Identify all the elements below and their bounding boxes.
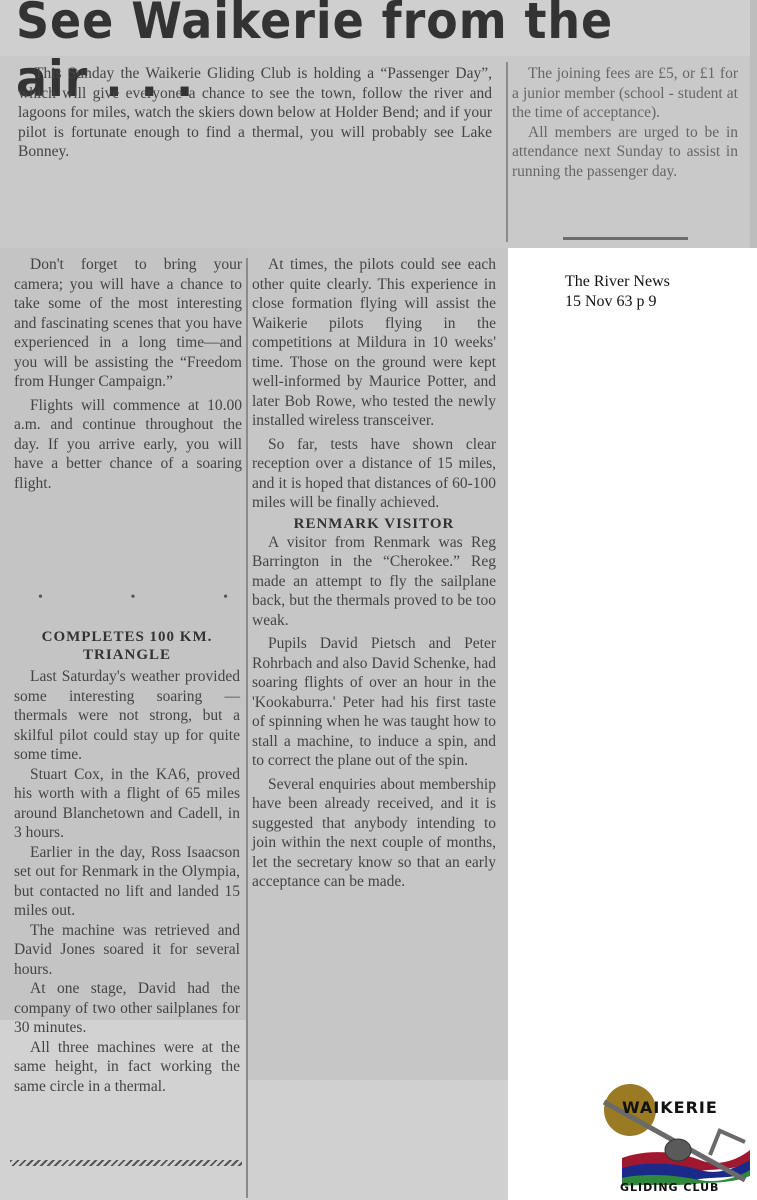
weather-paragraph: Last Saturday's weather provided some in… [14, 667, 240, 765]
renmark-subhead: RENMARK VISITOR [252, 515, 496, 533]
middle-column: At times, the pilots could see each othe… [252, 255, 496, 892]
section-rule [563, 237, 688, 240]
citation-panel [508, 248, 757, 1200]
clipping-lower-middle [248, 1080, 508, 1200]
stuart-cox-paragraph: Stuart Cox, in the KA6, proved his worth… [14, 765, 240, 843]
logo-title: WAIKERIE [622, 1098, 718, 1117]
column-divider [506, 62, 508, 242]
intro-paragraph: This Sunday the Waikerie Gliding Club is… [18, 64, 492, 162]
citation: The River News 15 Nov 63 p 9 [565, 272, 670, 312]
clipping-right-edge [750, 0, 757, 248]
formation-paragraph: At times, the pilots could see each othe… [252, 255, 496, 431]
headline-bar: See Waikerie from the air . . . [0, 0, 750, 56]
dot: • [223, 590, 228, 606]
citation-publication: The River News [565, 272, 670, 292]
retrieved-paragraph: The machine was retrieved and David Jone… [14, 921, 240, 980]
citation-date-page: 15 Nov 63 p 9 [565, 292, 670, 312]
renmark-paragraph: A visitor from Renmark was Reg Barringto… [252, 533, 496, 631]
enquiries-paragraph: Several enquiries about membership have … [252, 775, 496, 892]
same-height-paragraph: All three machines were at the same heig… [14, 1038, 240, 1097]
attendance-paragraph: All members are urged to be in attendanc… [512, 123, 738, 182]
triangle-article: COMPLETES 100 KM. TRIANGLE Last Saturday… [14, 628, 240, 1096]
reception-paragraph: So far, tests have shown clear reception… [252, 435, 496, 513]
separator-dots: • • • [38, 590, 228, 606]
left-column: Don't forget to bring your camera; you w… [14, 255, 242, 493]
fees-column: The joining fees are £5, or £1 for a jun… [512, 64, 738, 181]
company-paragraph: At one stage, David had the company of t… [14, 979, 240, 1038]
dot: • [38, 590, 43, 606]
fees-paragraph: The joining fees are £5, or £1 for a jun… [512, 64, 738, 123]
triangle-subhead: COMPLETES 100 KM. TRIANGLE [14, 628, 240, 664]
ross-isaacson-paragraph: Earlier in the day, Ross Isaacson set ou… [14, 843, 240, 921]
dot: • [131, 590, 136, 606]
pupils-paragraph: Pupils David Pietsch and Peter Rohrbach … [252, 634, 496, 771]
column-divider [246, 258, 248, 1198]
camera-paragraph: Don't forget to bring your camera; you w… [14, 255, 242, 392]
flights-paragraph: Flights will commence at 10.00 a.m. and … [14, 396, 242, 494]
logo-subtitle: GLIDING CLUB [620, 1181, 719, 1194]
intro-column: This Sunday the Waikerie Gliding Club is… [18, 64, 492, 162]
waikerie-gliding-club-logo: WAIKERIE GLIDING CLUB [600, 1080, 750, 1195]
decorative-border [10, 1160, 242, 1166]
